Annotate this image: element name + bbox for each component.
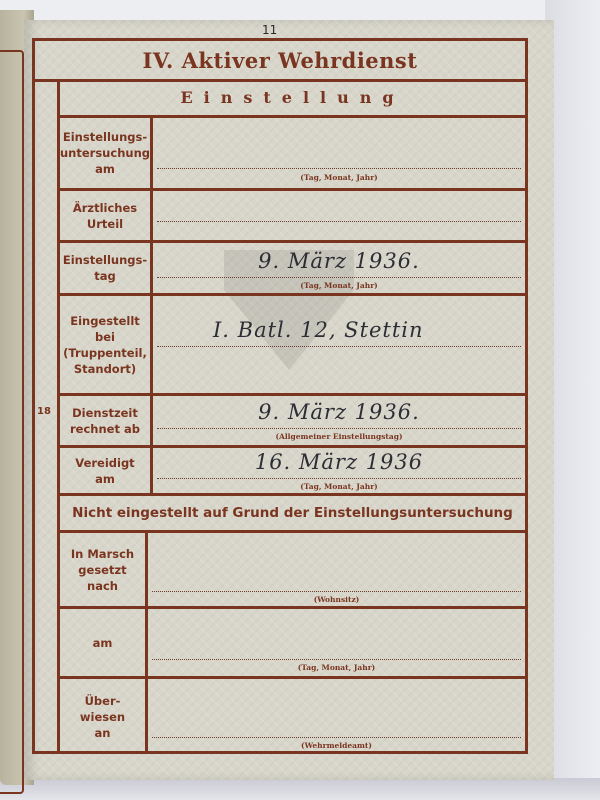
row-dienstzeit: Dienstzeit rechnet ab 9. März 1936. (All… xyxy=(60,396,525,448)
field-eingestellt-bei[interactable]: I. Batl. 12, Stettin xyxy=(153,296,525,393)
hint-wehrmeldeamt: (Wehrmeldeamt) xyxy=(148,741,525,750)
einstellung-heading: Einstellung xyxy=(60,79,525,118)
label-eingestellt-bei: Eingestellt bei (Truppenteil, Standort) xyxy=(60,296,153,393)
hint-date: (Tag, Monat, Jahr) xyxy=(153,281,525,290)
field-einstellungsuntersuchung[interactable]: (Tag, Monat, Jahr) xyxy=(153,118,525,188)
label-ueberwiesen: Über- wiesen an xyxy=(60,679,148,754)
section-title: IV. Aktiver Wehrdienst xyxy=(35,41,525,82)
nicht-eingestellt-section: Nicht eingestellt auf Grund der Einstell… xyxy=(57,496,525,751)
label-in-marsch: In Marsch gesetzt nach xyxy=(60,533,148,606)
field-am[interactable]: (Tag, Monat, Jahr) xyxy=(148,609,525,676)
label-dienstzeit: Dienstzeit rechnet ab xyxy=(60,396,153,445)
hint-date: (Tag, Monat, Jahr) xyxy=(153,173,525,182)
field-ueberwiesen[interactable]: (Wehrmeldeamt) xyxy=(148,679,525,754)
form-frame: IV. Aktiver Wehrdienst 18 Einstellung Ei… xyxy=(32,38,528,754)
row-ueberwiesen: Über- wiesen an (Wehrmeldeamt) xyxy=(60,679,525,754)
row-aerztliches-urteil: Ärztliches Urteil xyxy=(60,191,525,243)
hint-date: (Tag, Monat, Jahr) xyxy=(153,482,525,491)
document-page: 11 IV. Aktiver Wehrdienst 18 Einstellung… xyxy=(24,20,554,780)
handwritten-vereidigt: 16. März 1936 xyxy=(153,450,525,474)
field-dienstzeit[interactable]: 9. März 1936. (Allgemeiner Einstellungst… xyxy=(153,396,525,445)
side-marker: 18 xyxy=(37,406,51,417)
nicht-eingestellt-heading: Nicht eingestellt auf Grund der Einstell… xyxy=(60,496,525,533)
row-am: am (Tag, Monat, Jahr) xyxy=(60,609,525,679)
row-vereidigt: Vereidigt am 16. März 1936 (Tag, Monat, … xyxy=(60,448,525,496)
label-einstellungstag: Einstellungs- tag xyxy=(60,243,153,293)
row-in-marsch: In Marsch gesetzt nach (Wohnsitz) xyxy=(60,533,525,609)
label-einstellungsuntersuchung: Einstellungs- untersuchung am xyxy=(60,118,153,188)
row-eingestellt-bei: Eingestellt bei (Truppenteil, Standort) … xyxy=(60,296,525,396)
handwritten-truppenteil: I. Batl. 12, Stettin xyxy=(213,318,525,342)
page-number: 11 xyxy=(262,23,277,37)
row-einstellungsuntersuchung: Einstellungs- untersuchung am (Tag, Mona… xyxy=(60,118,525,191)
hint-wohnsitz: (Wohnsitz) xyxy=(148,595,525,604)
hint-einstellungstag: (Allgemeiner Einstellungstag) xyxy=(153,432,525,441)
field-vereidigt[interactable]: 16. März 1936 (Tag, Monat, Jahr) xyxy=(153,448,525,493)
field-aerztliches-urteil[interactable] xyxy=(153,191,525,240)
label-vereidigt: Vereidigt am xyxy=(60,448,153,493)
label-am: am xyxy=(60,609,148,676)
side-strip: 18 xyxy=(35,79,60,496)
handwritten-einstellungstag: 9. März 1936. xyxy=(153,249,525,273)
handwritten-dienstzeit: 9. März 1936. xyxy=(153,400,525,424)
einstellung-section: Einstellung Einstellungs- untersuchung a… xyxy=(60,79,525,496)
hint-date: (Tag, Monat, Jahr) xyxy=(148,663,525,672)
label-aerztliches-urteil: Ärztliches Urteil xyxy=(60,191,153,240)
field-in-marsch[interactable]: (Wohnsitz) xyxy=(148,533,525,606)
field-einstellungstag[interactable]: 9. März 1936. (Tag, Monat, Jahr) xyxy=(153,243,525,293)
background-bottom xyxy=(0,778,600,800)
row-einstellungstag: Einstellungs- tag 9. März 1936. (Tag, Mo… xyxy=(60,243,525,296)
